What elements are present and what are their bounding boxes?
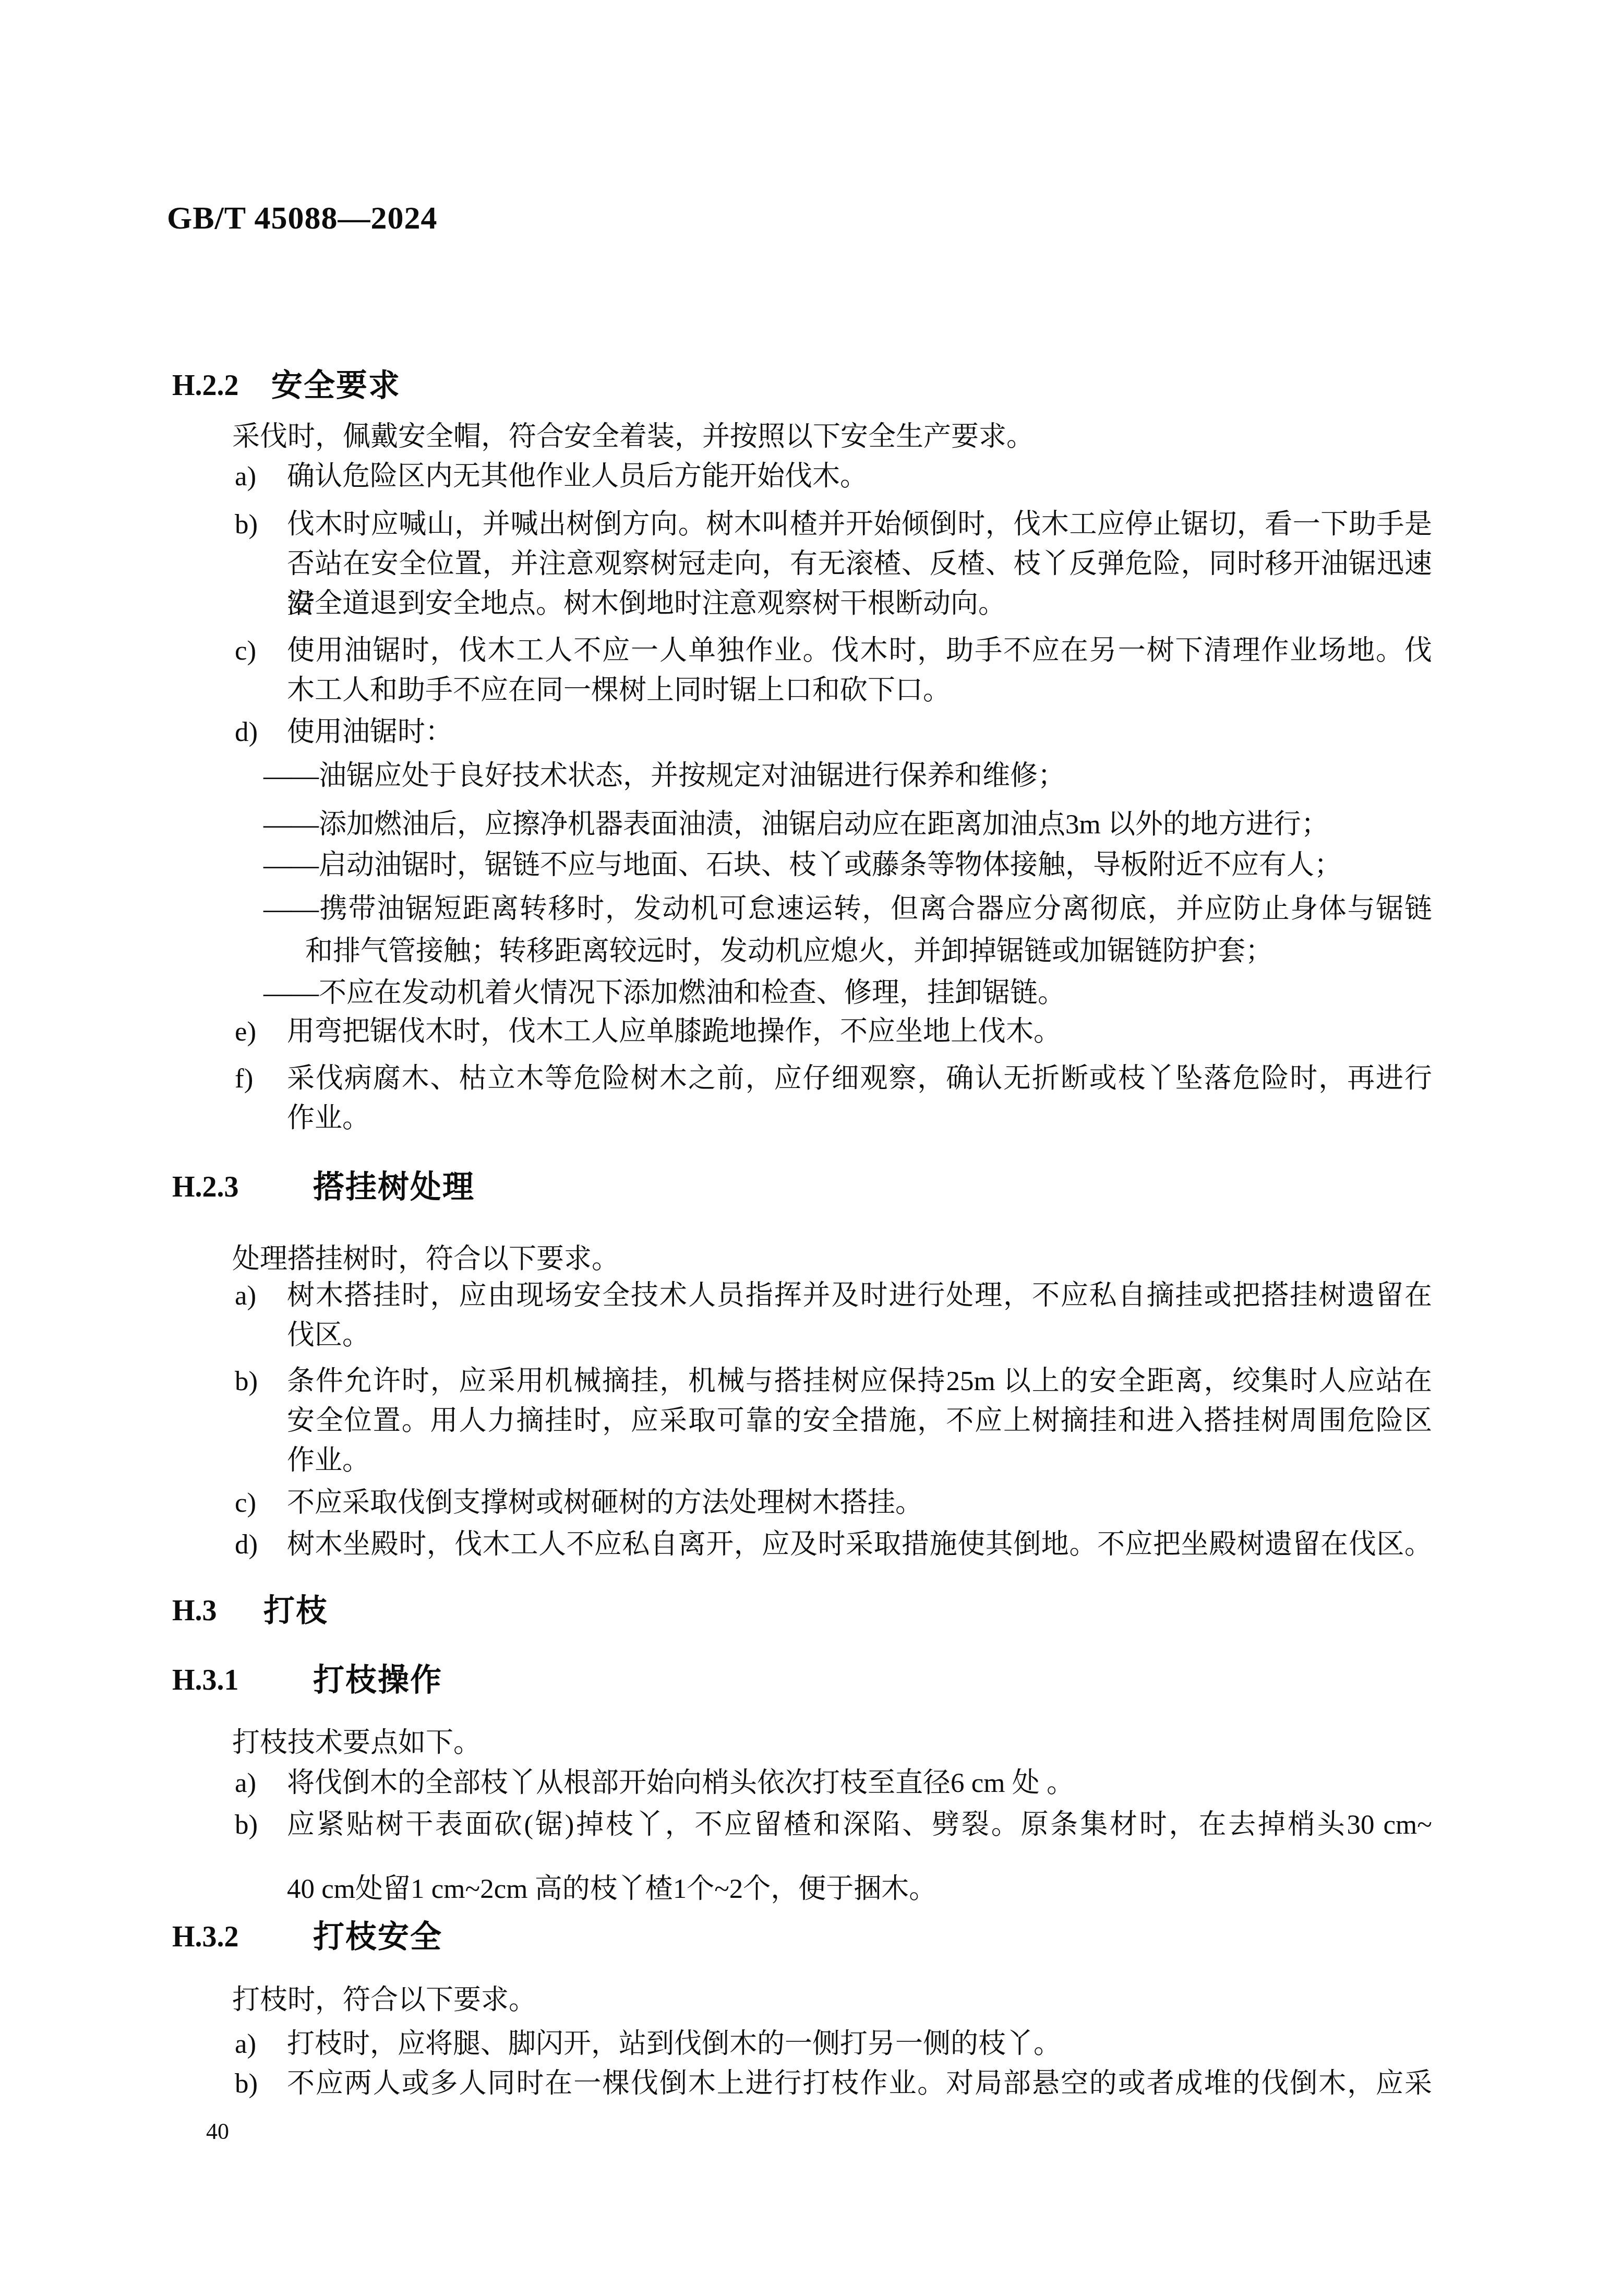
list-item-line: 安全位置。用人力摘挂时，应采取可靠的安全措施，不应上树摘挂和进入搭挂树周围危险区	[287, 1401, 1432, 1441]
list-item-line: 打枝时，应将腿、脚闪开，站到伐倒木的一侧打另一侧的枝丫。	[287, 2024, 1061, 2064]
list-item-line: 伐木时应喊山，并喊出树倒方向。树木叫楂并开始倾倒时，伐木工应停止锯切，看一下助手…	[287, 505, 1432, 544]
list-item-line: 应紧贴树干表面砍(锯)掉枝丫，不应留楂和深陷、劈裂。原条集材时，在去掉梢头30 …	[287, 1805, 1432, 1845]
standard-code: GB/T 45088—2024	[167, 198, 438, 238]
dash-item-line: ——添加燃油后，应擦净机器表面油渍，油锯启动应在距离加油点3m 以外的地方进行；	[263, 805, 1329, 844]
document-page: GB/T 45088—2024 H.2.2 安全要求 采伐时，佩戴安全帽，符合安…	[0, 0, 1622, 2296]
list-item-line: 树木坐殿时，伐木工人不应私自离开，应及时采取措施使其倒地。不应把坐殿树遗留在伐区…	[287, 1525, 1432, 1564]
clause-title-h31: 打枝操作	[313, 1659, 442, 1701]
list-item-marker: d)	[235, 1525, 258, 1564]
list-item-line: 用弯把锯伐木时，伐木工人应单膝跪地操作，不应坐地上伐木。	[287, 1012, 1061, 1051]
clause-title-h32: 打枝安全	[313, 1916, 442, 1958]
list-item-line: 安全道退到安全地点。树木倒地时注意观察树干根断动向。	[287, 584, 1006, 624]
dash-item-line: ——不应在发动机着火情况下添加燃油和检查、修理，挂卸锯链。	[263, 973, 1065, 1013]
list-item-marker: f)	[235, 1059, 253, 1098]
list-item-marker: b)	[235, 2064, 258, 2103]
list-item-marker: b)	[235, 505, 258, 544]
clause-title-h3: 打枝	[263, 1590, 328, 1632]
list-item-line: 40 cm处留1 cm~2cm 高的枝丫楂1个~2个，便于捆木。	[287, 1869, 936, 1909]
list-item-line: 采伐病腐木、枯立木等危险树木之前，应仔细观察，确认无折断或枝丫坠落危险时，再进行	[287, 1059, 1432, 1098]
list-item-marker: b)	[235, 1805, 258, 1845]
list-item-marker: a)	[235, 1763, 256, 1803]
list-item-marker: a)	[235, 1276, 256, 1316]
paragraph-line: 采伐时，佩戴安全帽，符合安全着装，并按照以下安全生产要求。	[232, 417, 1034, 457]
dash-item-line: ——启动油锯时，锯链不应与地面、石块、枝丫或藤条等物体接触，导板附近不应有人；	[263, 845, 1342, 885]
list-item-line: 条件允许时，应采用机械摘挂，机械与搭挂树应保持25m 以上的安全距离，绞集时人应…	[287, 1361, 1432, 1401]
paragraph-line: 处理搭挂树时，符合以下要求。	[232, 1239, 619, 1279]
list-item-marker: c)	[235, 631, 256, 671]
list-item-marker: a)	[235, 2024, 256, 2064]
list-item-line: 确认危险区内无其他作业人员后方能开始伐木。	[287, 457, 868, 496]
list-item-line: 伐区。	[287, 1316, 370, 1355]
clause-number-h3: H.3	[172, 1590, 217, 1632]
paragraph-line: 打枝技术要点如下。	[232, 1723, 481, 1763]
list-item-line: 木工人和助手不应在同一棵树上同时锯上口和砍下口。	[287, 671, 951, 710]
list-item-marker: b)	[235, 1361, 258, 1401]
list-item-line: 使用油锯时：	[287, 712, 453, 752]
list-item-line: 作业。	[287, 1441, 370, 1480]
list-item-line: 使用油锯时，伐木工人不应一人单独作业。伐木时，助手不应在另一树下清理作业场地。伐	[287, 631, 1432, 671]
clause-title-h22: 安全要求	[271, 365, 401, 406]
paragraph-line: 打枝时，符合以下要求。	[232, 1980, 536, 2020]
list-item-line: 不应采取伐倒支撑树或树砸树的方法处理树木搭挂。	[287, 1483, 923, 1523]
list-item-line: 作业。	[287, 1098, 370, 1138]
dash-item-line: ——油锯应处于良好技术状态，并按规定对油锯进行保养和维修；	[263, 756, 1065, 796]
list-item-line: 不应两人或多人同时在一棵伐倒木上进行打枝作业。对局部悬空的或者成堆的伐倒木，应采	[287, 2064, 1432, 2103]
list-item-marker: c)	[235, 1483, 256, 1523]
list-item-line: 将伐倒木的全部枝丫从根部开始向梢头依次打枝至直径6 cm 处 。	[287, 1763, 1074, 1803]
list-item-marker: e)	[235, 1012, 256, 1051]
clause-number-h31: H.3.1	[172, 1659, 239, 1701]
dash-item-line: ——携带油锯短距离转移时，发动机可怠速运转，但离合器应分离彻底，并应防止身体与锯…	[263, 889, 1432, 929]
clause-title-h23: 搭挂树处理	[313, 1166, 475, 1208]
dash-item-continuation-line: 和排气管接触；转移距离较远时，发动机应熄火，并卸掉锯链或加锯链防护套；	[305, 931, 1273, 971]
list-item-line: 树木搭挂时，应由现场安全技术人员指挥并及时进行处理，不应私自摘挂或把搭挂树遗留在	[287, 1276, 1432, 1316]
clause-number-h23: H.2.3	[172, 1166, 239, 1208]
clause-number-h32: H.3.2	[172, 1916, 239, 1958]
page-number: 40	[206, 2112, 229, 2151]
list-item-marker: a)	[235, 457, 256, 496]
list-item-marker: d)	[235, 712, 258, 752]
clause-number-h22: H.2.2	[172, 365, 239, 406]
